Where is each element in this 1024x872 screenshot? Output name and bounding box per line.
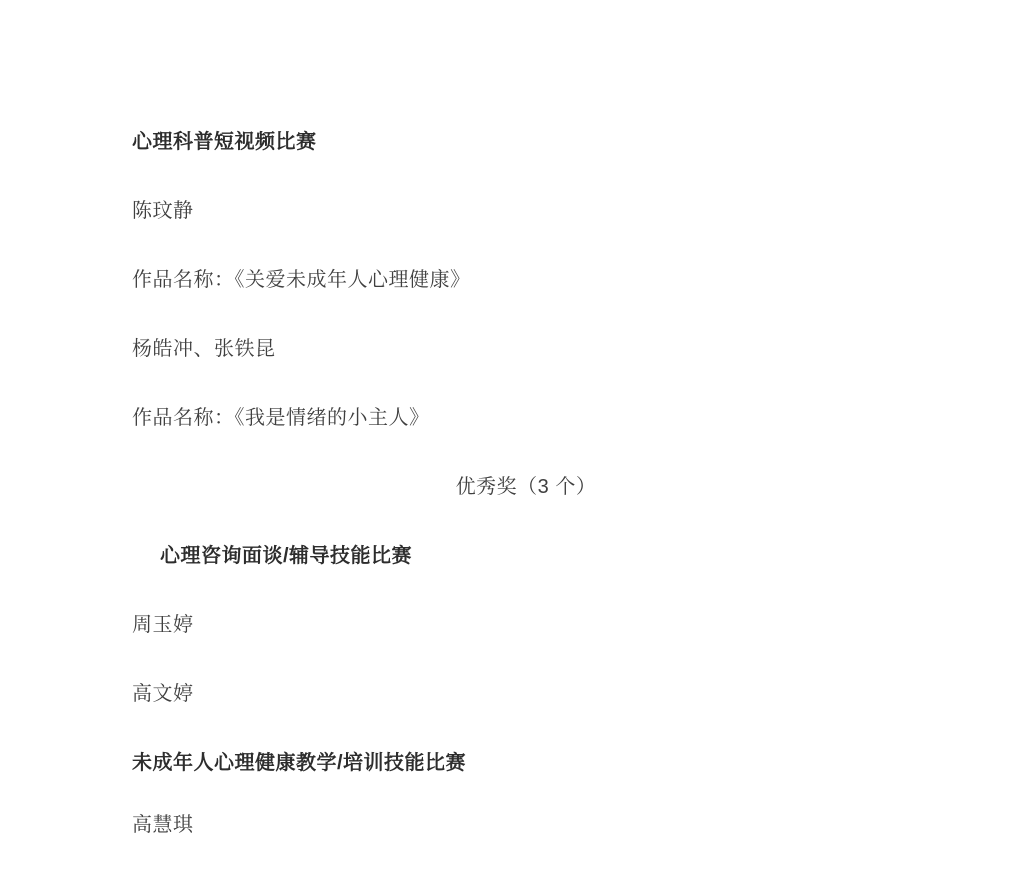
section-heading-video-competition: 心理科普短视频比赛 bbox=[132, 128, 920, 156]
section-heading-teaching-competition: 未成年人心理健康教学/培训技能比赛 bbox=[132, 749, 920, 777]
document-page: { "page": { "background_color": "#ffffff… bbox=[0, 0, 1024, 872]
winner-name: 高慧琪 bbox=[132, 811, 920, 839]
award-tier-label: 优秀奖（3 个） bbox=[132, 473, 920, 501]
winner-name: 陈玟静 bbox=[132, 197, 920, 225]
work-title: 作品名称：《关爱未成年人心理健康》 bbox=[132, 266, 920, 294]
winner-name: 周玉婷 bbox=[132, 611, 920, 639]
winner-names: 杨皓冲、张铁昆 bbox=[132, 335, 920, 363]
work-title: 作品名称：《我是情绪的小主人》 bbox=[132, 404, 920, 432]
section-heading-counseling-competition: 心理咨询面谈/辅导技能比赛 bbox=[132, 542, 920, 570]
winner-name: 高文婷 bbox=[132, 680, 920, 708]
document-content: 心理科普短视频比赛 陈玟静 作品名称：《关爱未成年人心理健康》 杨皓冲、张铁昆 … bbox=[0, 0, 1024, 872]
